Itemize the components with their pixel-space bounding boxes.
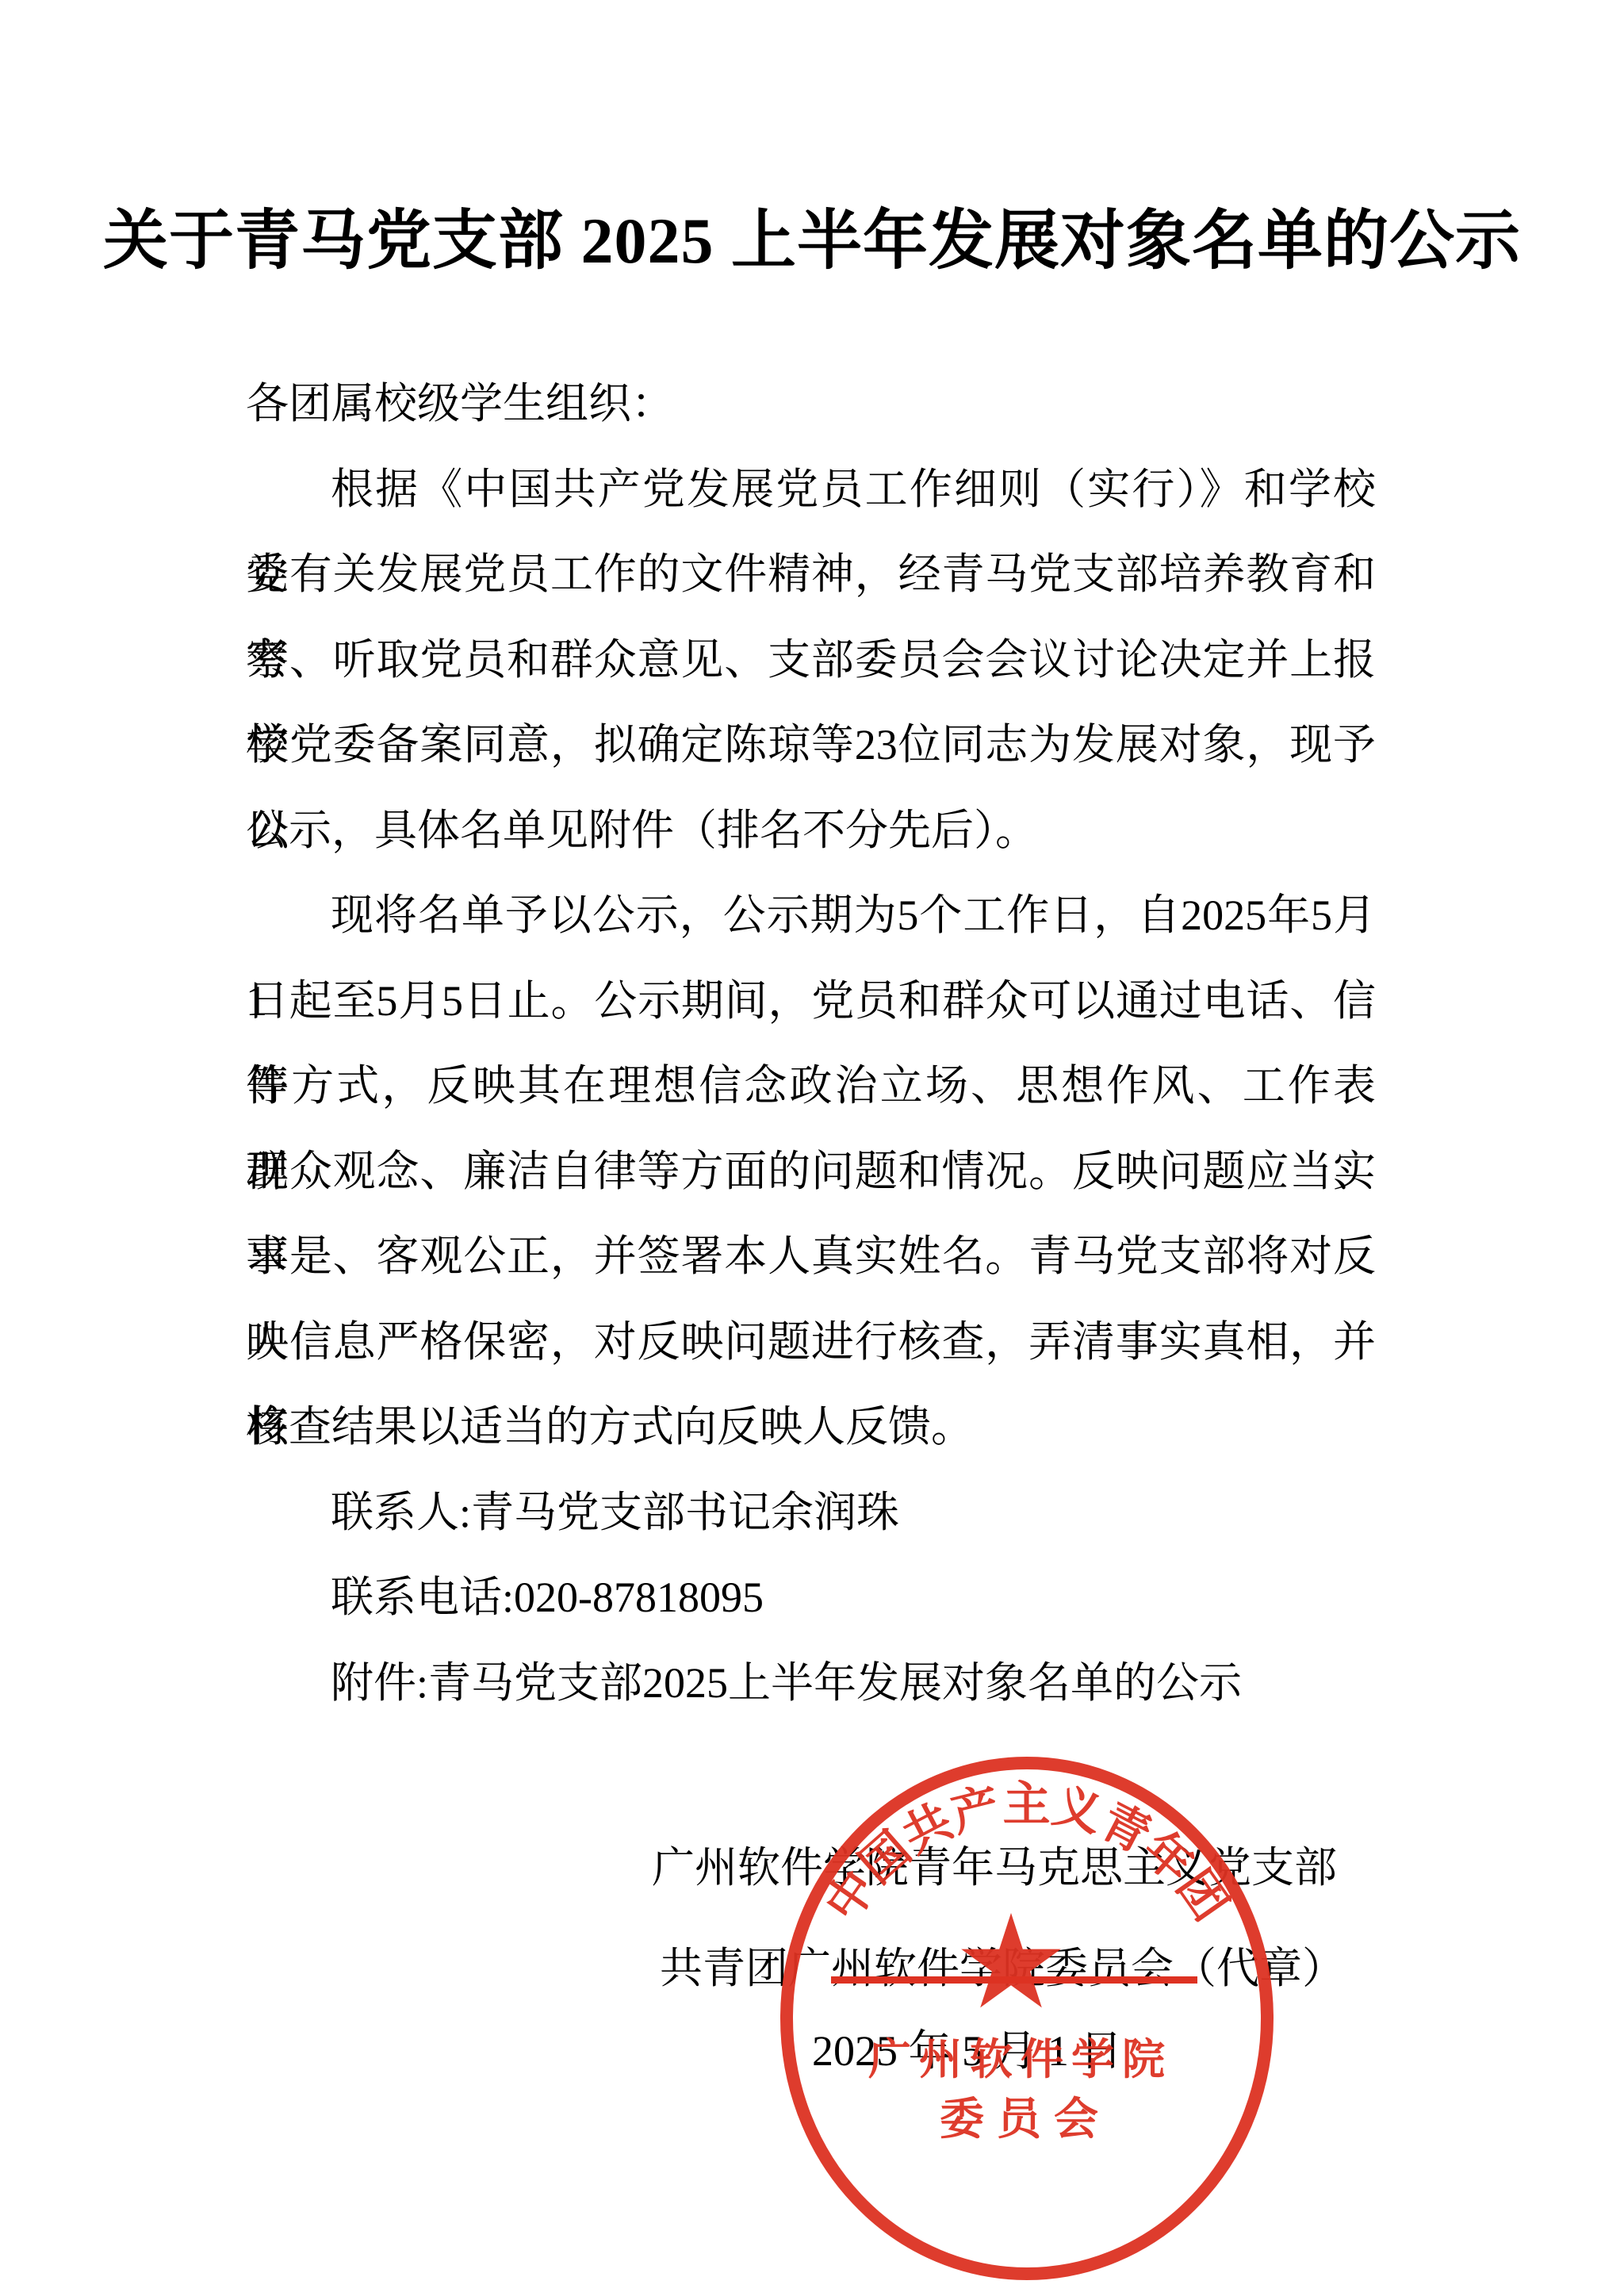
seal-arc-text: 中国共产主义青年团 xyxy=(816,1778,1237,1930)
body-line: 委有关发展党员工作的文件精神，经青马党支部培养教育和考 xyxy=(246,532,1376,618)
document-body: 各团属校级学生组织： 根据《中国共产党发展党员工作细则（实行）》和学校党 委有关… xyxy=(246,362,1376,1726)
body-line: 各团属校级学生组织： xyxy=(246,362,1376,447)
body-line: 察、听取党员和群众意见、支部委员会会议讨论决定并上报学 xyxy=(246,618,1376,703)
body-line: 等方式，反映其在理想信念政治立场、思想作风、工作表现、 xyxy=(246,1044,1376,1129)
contact-person-line: 联系人:青马党支部书记余润珠 xyxy=(246,1470,1376,1556)
body-line: 公示，具体名单见附件（排名不分先后）。 xyxy=(246,788,1376,874)
body-line: 群众观念、廉洁自律等方面的问题和情况。反映问题应当实事 xyxy=(246,1129,1376,1215)
official-seal: 中国共产主义青年团 广州软件学院 委员会 xyxy=(773,1741,1304,2292)
body-line: 人信息严格保密，对反映问题进行核查，弄清事实真相，并将 xyxy=(246,1300,1376,1386)
body-line: 日起至5月5日止。公示期间，党员和群众可以通过电话、信件 xyxy=(246,959,1376,1045)
red-star-icon xyxy=(961,1913,1061,2007)
attachment-line: 附件:青马党支部2025上半年发展对象名单的公示 xyxy=(246,1641,1376,1727)
svg-text:中国共产主义青年团: 中国共产主义青年团 xyxy=(816,1778,1237,1930)
body-line: 现将名单予以公示，公示期为5个工作日，自2025年5月1 xyxy=(246,873,1376,959)
page-title: 关于青马党支部 2025 上半年发展对象名单的公示 xyxy=(0,197,1624,286)
body-line: 校党委备案同意，拟确定陈琼等23位同志为发展对象，现予以 xyxy=(246,703,1376,788)
body-line: 核查结果以适当的方式向反映人反馈。 xyxy=(246,1385,1376,1470)
seal-inner-line1: 广州软件学院 xyxy=(868,2036,1173,2083)
body-line: 根据《中国共产党发展党员工作细则（实行）》和学校党 xyxy=(246,447,1376,533)
seal-inner-line2: 委员会 xyxy=(940,2095,1111,2145)
body-line: 求是、客观公正，并签署本人真实姓名。青马党支部将对反映 xyxy=(246,1214,1376,1300)
contact-phone-line: 联系电话:020-87818095 xyxy=(246,1555,1376,1641)
seal-ring xyxy=(787,1763,1267,2274)
